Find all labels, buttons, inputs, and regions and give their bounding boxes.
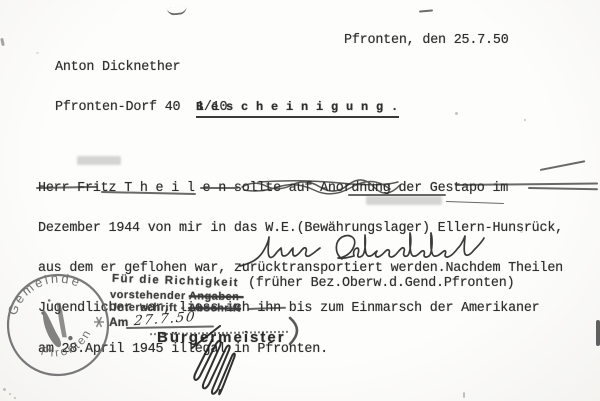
municipal-stamp-gemeinde-pfronten: Gemeinde Pfronten <box>2 268 114 384</box>
signature-note: (früher Bez.Oberw.d.Gend.Pfronten) <box>248 277 514 290</box>
svg-text:Pfronten: Pfronten <box>35 323 99 368</box>
stray-mark <box>419 9 433 12</box>
stamp-arc-bottom-text: Pfronten <box>35 323 99 368</box>
scanned-certificate-document: Anton Dicknether Pfronten-Dorf 40 1/10 P… <box>0 0 600 401</box>
stray-mark <box>167 6 188 16</box>
document-title: B e s c h e i n i g u n g . <box>196 101 399 118</box>
mayor-signature-scribble <box>186 336 248 398</box>
scan-edge-mark <box>596 320 600 346</box>
sender-name: Anton Dicknether <box>55 61 227 74</box>
overtype-smudge-einmarsch <box>366 196 442 205</box>
handwritten-signature <box>238 226 500 274</box>
overtype-smudge-fritz <box>77 156 121 165</box>
dateline: Pfronten, den 25.7.50 <box>344 34 509 47</box>
stray-mark <box>0 38 5 46</box>
scribble-over-zuruecktransportiert <box>240 178 402 194</box>
sender-block: Anton Dicknether Pfronten-Dorf 40 1/10 <box>55 34 227 141</box>
strike-war <box>200 187 238 189</box>
stamp-star <box>94 317 104 327</box>
cert-line2-text: vorstehender <box>110 289 189 302</box>
handwritten-paren-mark <box>287 315 305 347</box>
